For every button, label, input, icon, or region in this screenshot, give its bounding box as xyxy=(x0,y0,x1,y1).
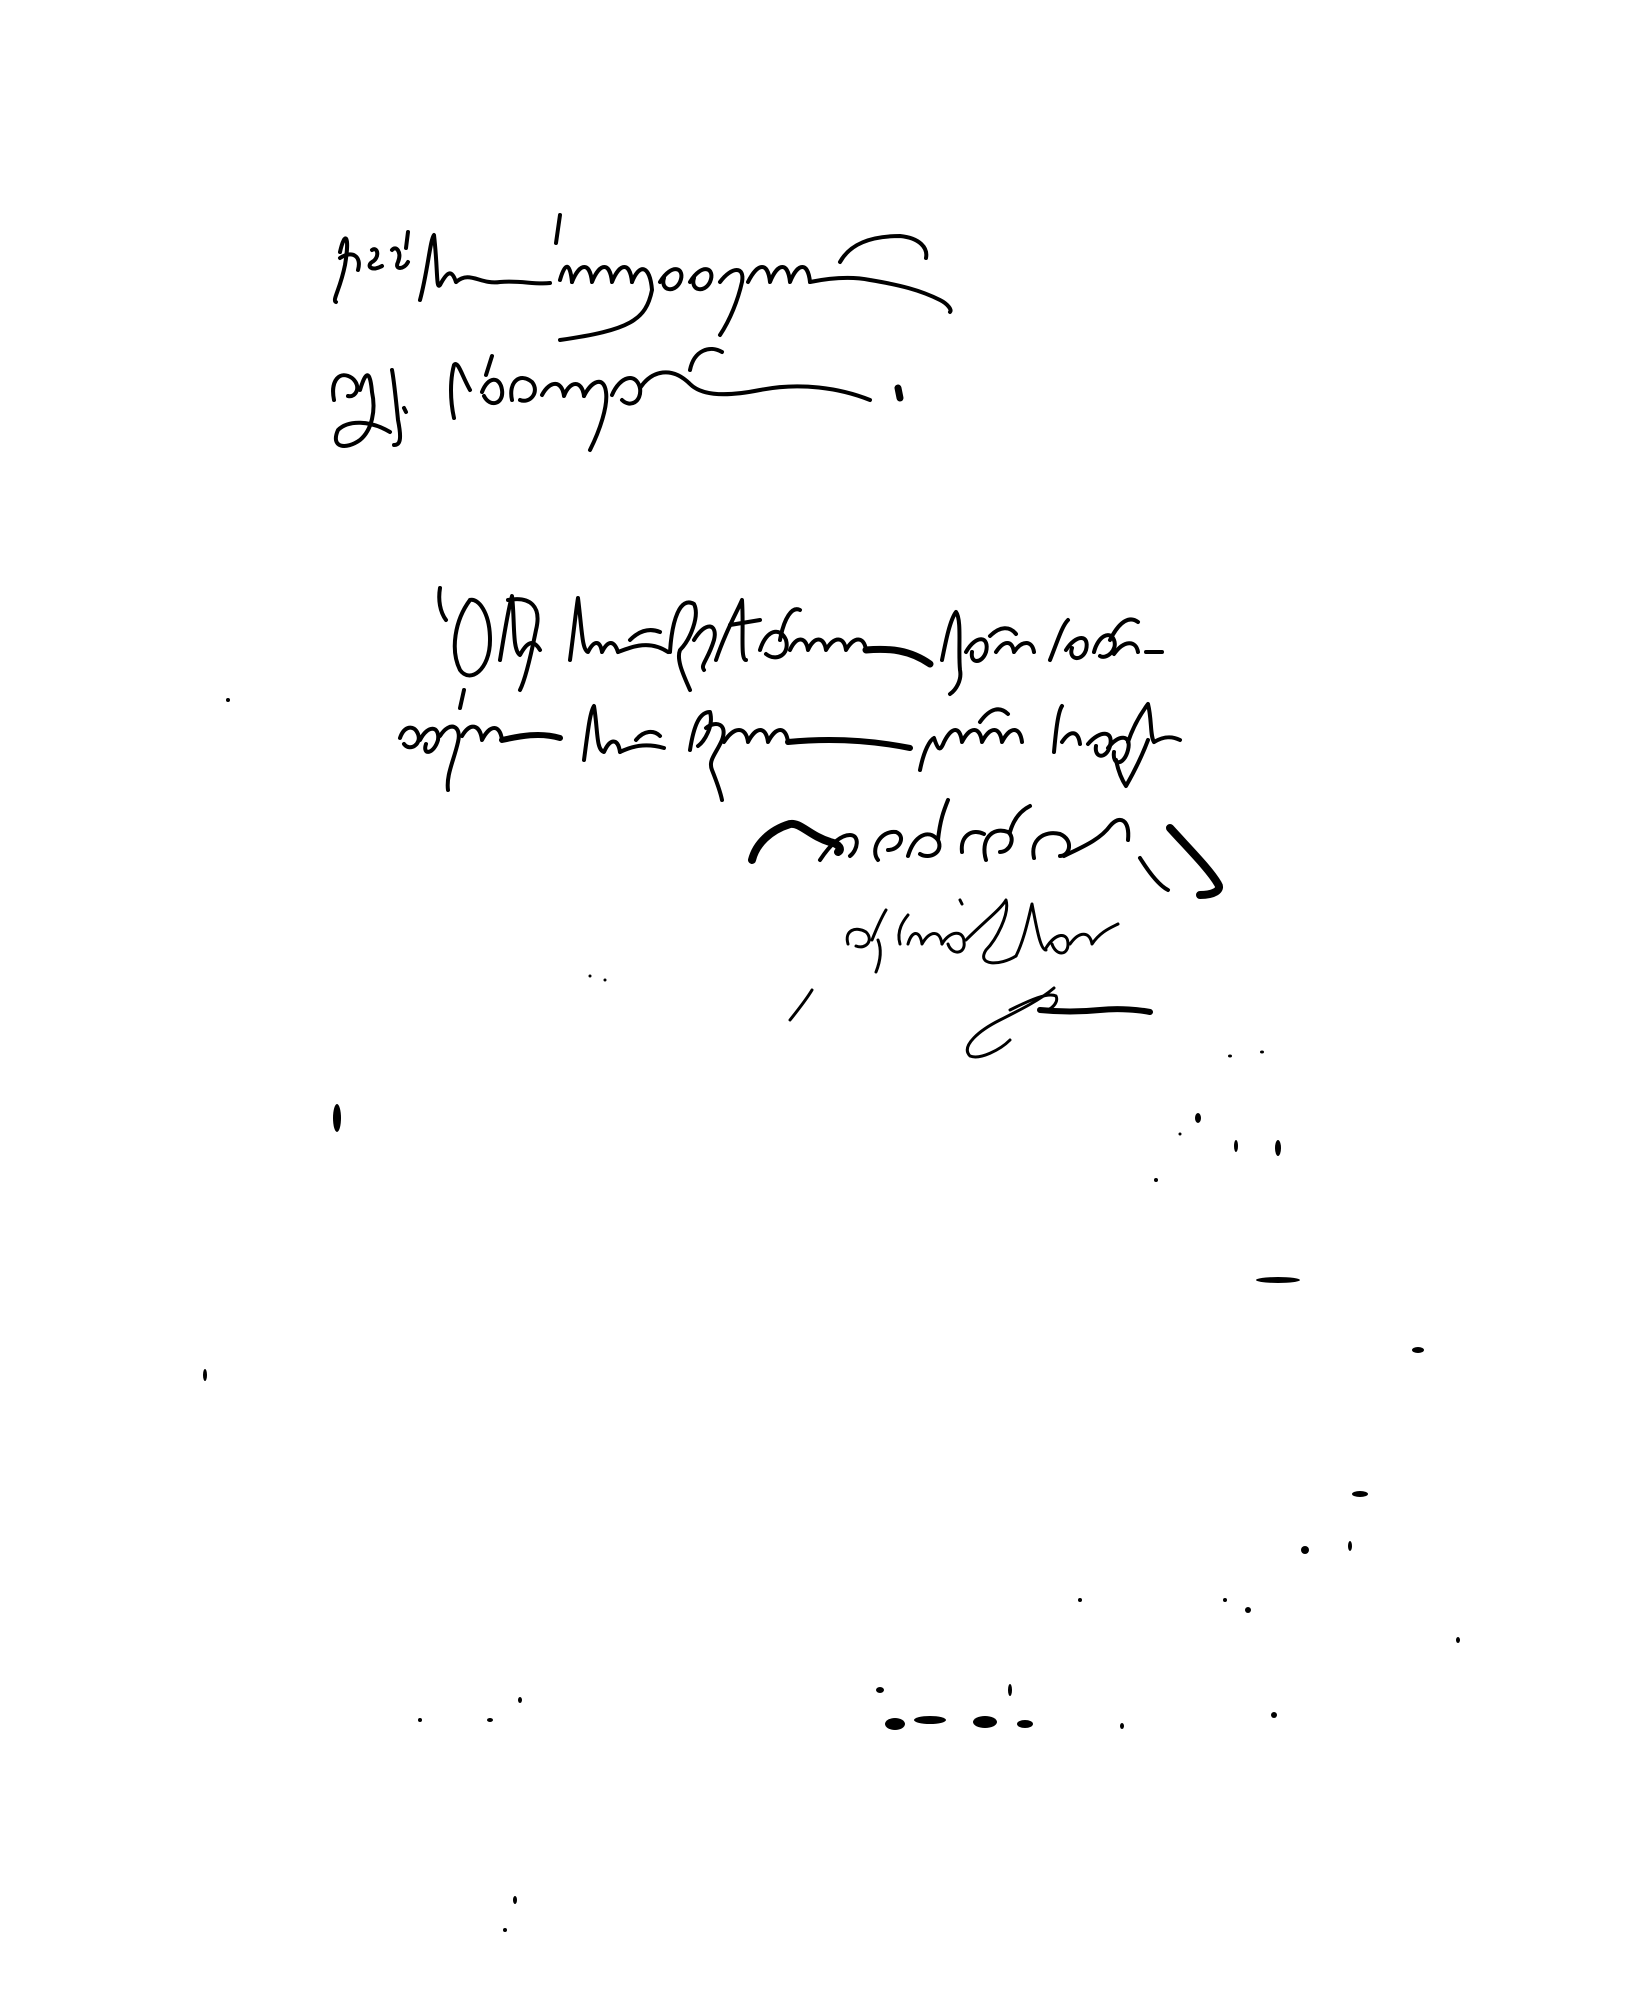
paragraph-2-line-1-strokes xyxy=(439,588,1162,694)
paragraph-2-line-2-strokes xyxy=(400,690,1180,800)
paragraph-1-line-1-strokes xyxy=(335,215,951,340)
closing-title-strokes xyxy=(752,800,1219,895)
handwriting-strokes xyxy=(0,0,1638,2010)
signature-strokes xyxy=(790,900,1150,1057)
scan-noise xyxy=(203,698,1460,1932)
scanned-letter-page: Ἰδοὺ ἐγὼ ὑπὲρ ἐπιχορηγήσεως τῆς Νομαρχία… xyxy=(0,0,1638,2010)
paragraph-1-line-2-strokes xyxy=(333,349,900,450)
